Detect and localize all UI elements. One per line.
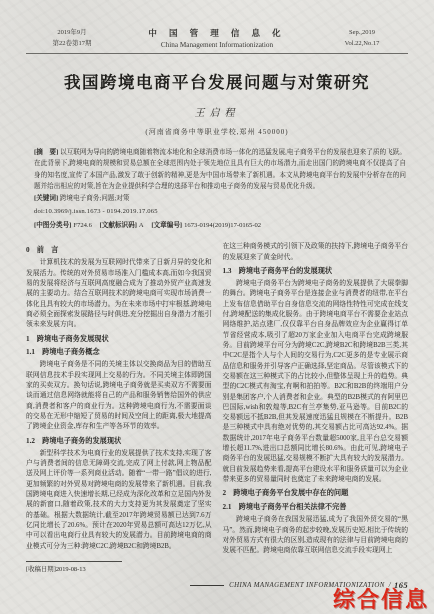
body-columns: 0 前 言 计算机技术的发展为互联网时代带来了日新月异的变化和发展活力。传统的对… [26, 242, 408, 588]
section-heading-2-1: 2.1 跨境电子商务平台相关法律不完善 [223, 502, 409, 513]
paragraph-1-1: 跨境电子商务是不同的关境主体以交换商品为目的借助互联网信息技术手段实现网上交易的… [26, 360, 212, 432]
journal-name-en: China Management Informationization [118, 41, 316, 49]
paragraph-1-2: 新型科学技术为电商行业的发展提供了技术支持,实现了客户与消费者间的信息无障碍交流… [26, 449, 212, 552]
volume-cn: 第22卷第17期 [26, 39, 118, 49]
classification-line: [中图分类号]F724.6 [文献标识码]A [文章编号]1673-0194(2… [34, 220, 406, 231]
received-date-block: [收稿日期]2019-08-13 [26, 561, 212, 575]
header-issue-cn: 2019年9月 第22卷第17期 [26, 28, 118, 49]
section-heading-1-1: 1.1 跨境电子商务概念 [26, 347, 212, 358]
footer-rule [190, 585, 224, 586]
clc-label: [中图分类号] [34, 222, 71, 229]
journal-header: 2019年9月 第22卷第17期 中 国 管 理 信 息 化 China Man… [26, 27, 408, 54]
section-heading-1-3: 1.3 跨境电子商务平台的发展现状 [223, 266, 409, 277]
abstract-label: [摘 要] [34, 149, 58, 156]
doc-code-value: A [139, 222, 144, 229]
journal-page: 2019年9月 第22卷第17期 中 国 管 理 信 息 化 China Man… [0, 0, 434, 614]
section-heading-1: 1 跨境电子商务发展现状 [26, 334, 212, 345]
clc-value: F724.6 [73, 222, 92, 229]
abstract-paragraph: [摘 要] 以互联网为导向的跨境电商随着物流本地化和全球消费市场一体化的迅猛发展… [34, 147, 406, 192]
article-no-value: 1673-0194(2019)17-0165-02 [184, 222, 261, 229]
header-issue-en: Sep.,2019 Vol.22,No.17 [316, 28, 408, 49]
article-no-label: [文章编号] [151, 222, 182, 229]
received-date-text: [收稿日期]2019-08-13 [26, 565, 212, 575]
received-date-rule [26, 561, 122, 562]
section-corner-label: 综合信息 [333, 583, 429, 614]
paragraph-continuation: 在这三种商务模式的引领下及政策的扶持下,跨境电子商务平台的发展迎来了黄金时代。 [223, 242, 409, 263]
volume-en: Vol.22,No.17 [316, 39, 408, 49]
article-author: 王启程 [0, 104, 434, 119]
section-heading-1-2: 1.2 跨境电子商务的发展现状 [26, 436, 212, 447]
header-journal-name: 中 国 管 理 信 息 化 China Management Informati… [118, 27, 316, 49]
paragraph-2-1: 跨境电子商务在我国发展迅猛,成为了我国外贸交易的“黑马”。然而,跨境电子商务的起… [223, 515, 409, 556]
doc-code-label: [文献标识码] [100, 222, 137, 229]
issue-date-cn: 2019年9月 [26, 28, 118, 38]
article-affiliation: (河南省商务中等职业学校,郑州 450000) [0, 127, 434, 137]
doi-line: doi:10.3969/j.issn.1673 - 0194.2019.17.0… [34, 206, 406, 217]
keywords-text: 跨境电子商务;问题;对策 [60, 195, 130, 202]
abstract-text: 以互联网为导向的跨境电商随着物流本地化和全球消费市场一体化的迅猛发展,电子商务平… [34, 149, 406, 190]
right-column: 在这三种商务模式的引领下及政策的扶持下,跨境电子商务平台的发展迎来了黄金时代。 … [223, 242, 409, 588]
keywords-line: [关键词] 跨境电子商务;问题;对策 [34, 193, 406, 204]
section-heading-2: 2 跨境电子商务平台发展中存在的问题 [223, 488, 409, 499]
keywords-label: [关键词] [34, 195, 58, 202]
paragraph-intro: 计算机技术的发展为互联网时代带来了日新月异的变化和发展活力。传统的对外贸易市场准… [26, 258, 212, 330]
issue-date-en: Sep.,2019 [316, 28, 408, 38]
abstract-block: [摘 要] 以互联网为导向的跨境电商随着物流本地化和全球消费市场一体化的迅猛发展… [34, 147, 406, 231]
left-column: 0 前 言 计算机技术的发展为互联网时代带来了日新月异的变化和发展活力。传统的对… [26, 242, 212, 588]
paragraph-1-3: 跨境电子商务平台为跨境电子商务的发展提供了大展拳脚的舞台。跨境电子商务平台是连接… [223, 279, 409, 486]
article-title: 我国跨境电商平台发展问题与对策研究 [0, 69, 434, 93]
journal-name-cn: 中 国 管 理 信 息 化 [118, 27, 316, 39]
section-heading-intro: 0 前 言 [26, 245, 212, 256]
